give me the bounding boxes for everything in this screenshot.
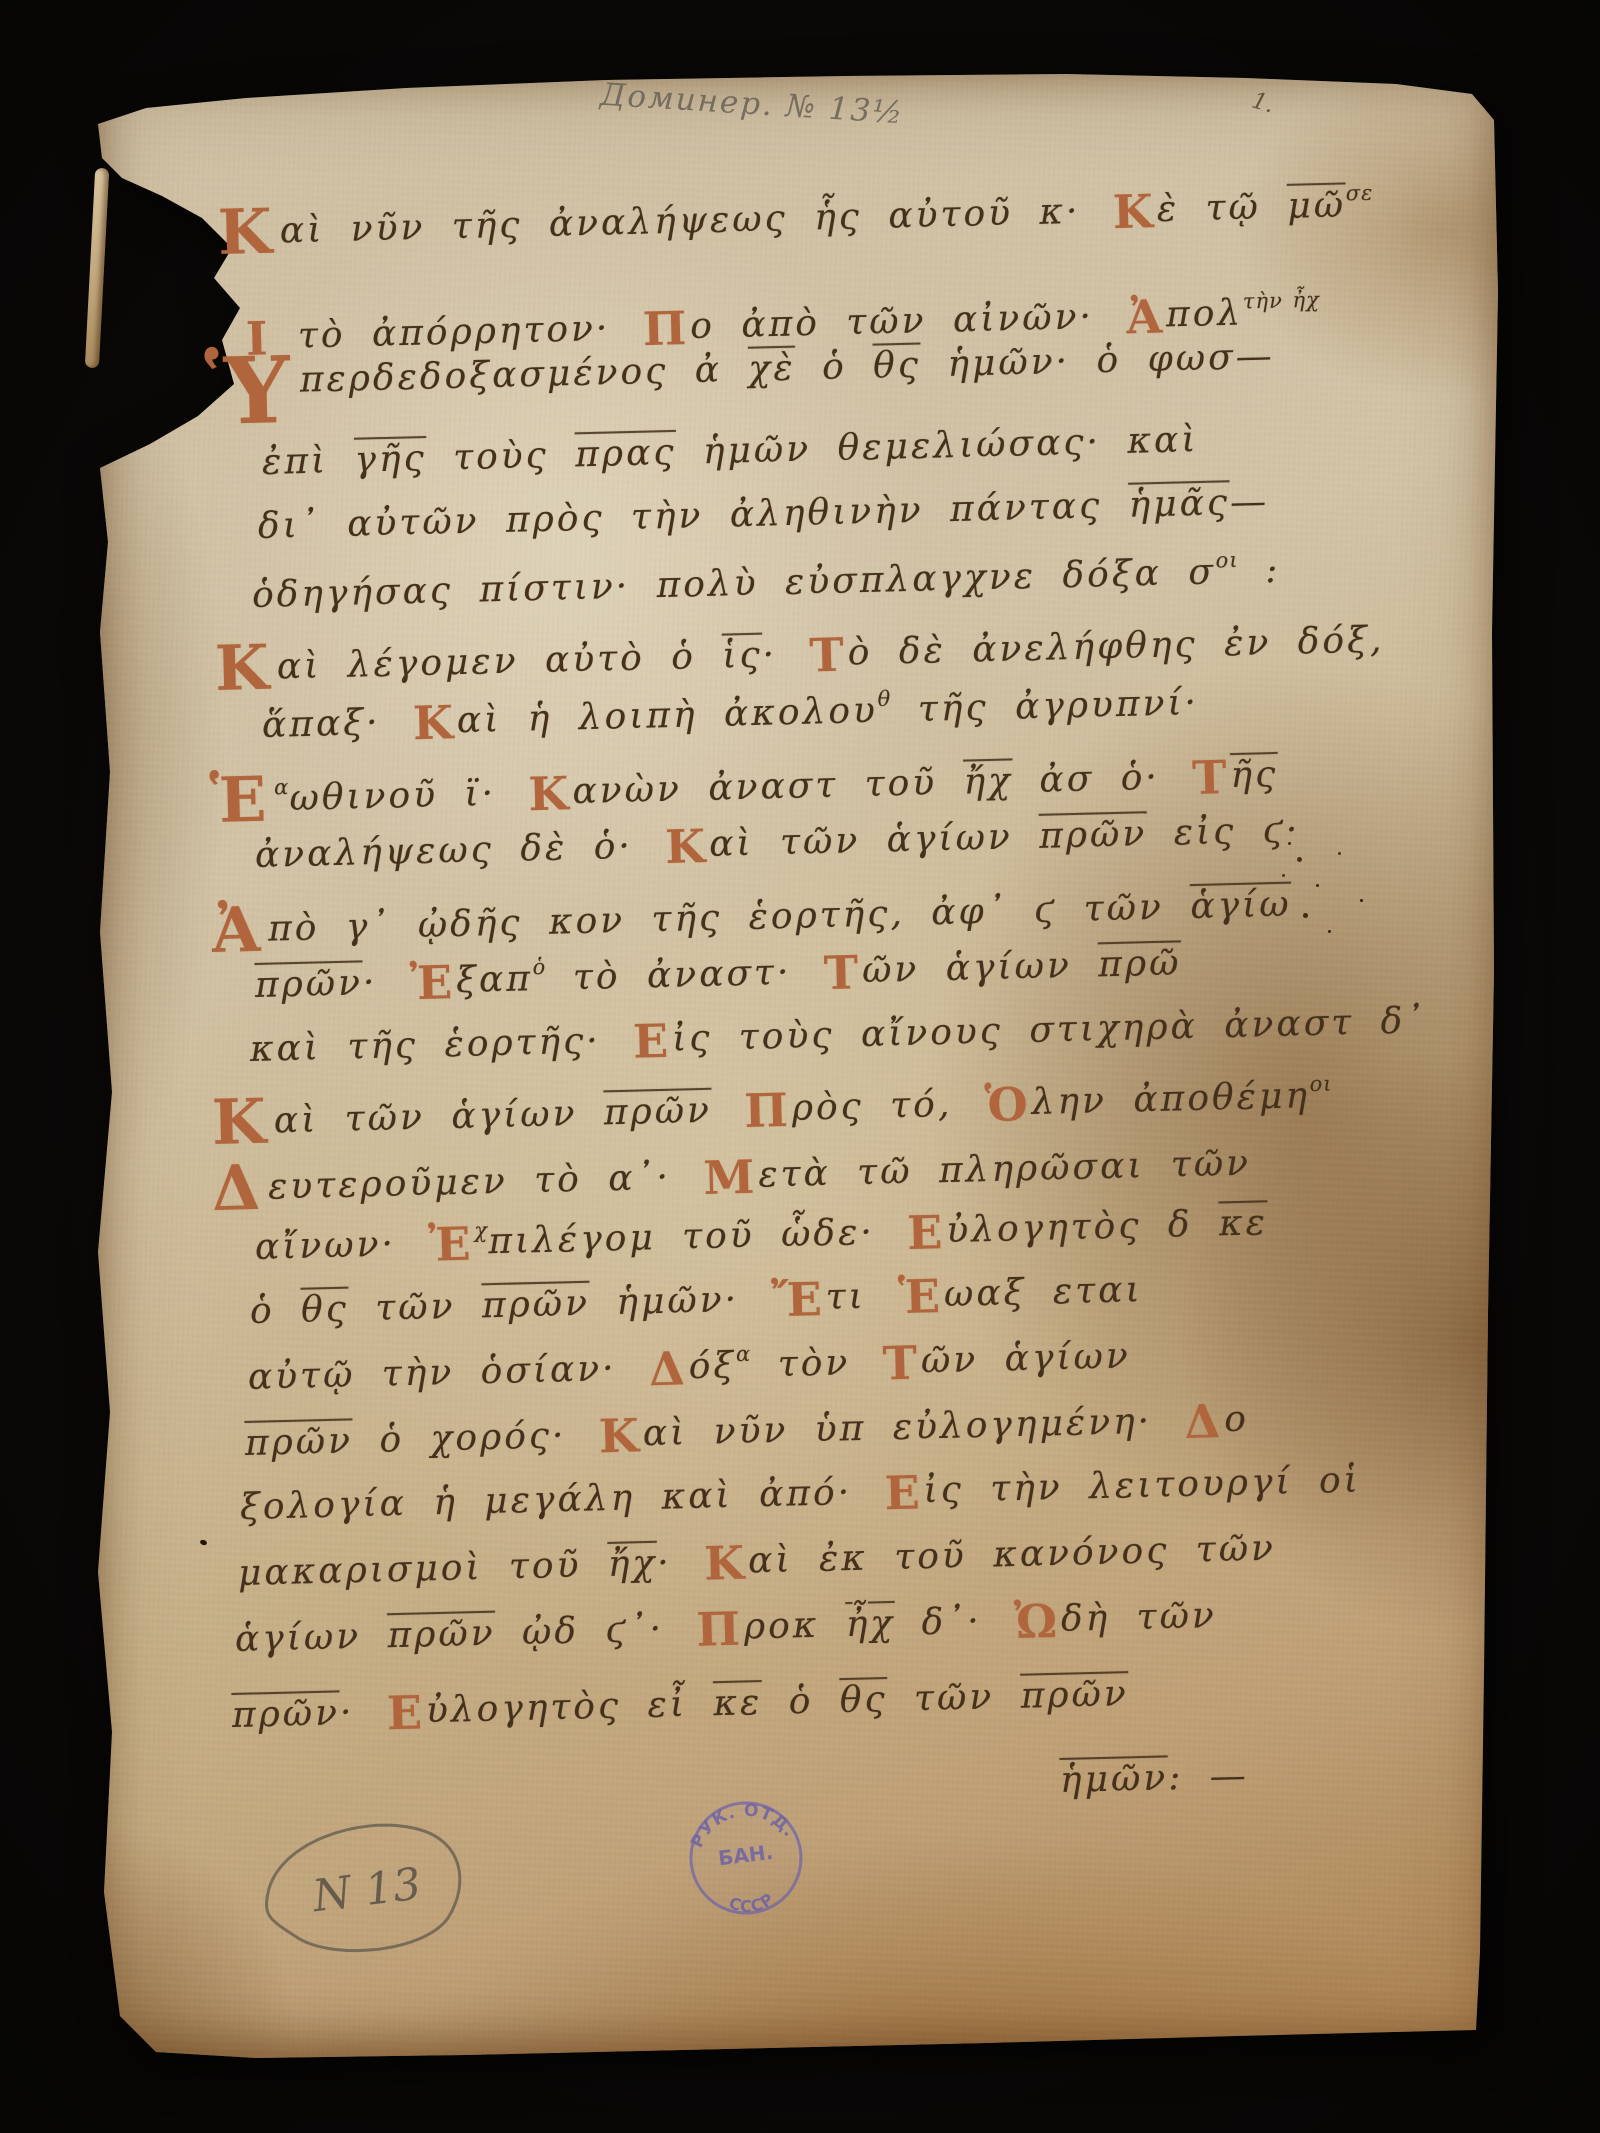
text-segment: ἡμῶν· [589,1278,765,1323]
text-segment: μακαρισμοὶ τοῦ [237,1544,608,1594]
text-line: ἐπὶ γῆς τοὺς πρας ἡμῶν θεμελιώσας· καὶ [261,419,1198,483]
text-segment: αὶ τῶν ἁγίων [709,816,1040,865]
text-segment: ὐλογητὸς εἶ [425,1683,713,1731]
rubric-initial: Π [696,1602,741,1657]
text-segment: ανὼν ἀναστ τοῦ [572,762,964,813]
text-segment: θ [877,687,891,711]
text-segment: πολ [1166,292,1244,335]
text-segment: ρὸς τό, [791,1083,979,1129]
text-segment: αὶ ἡ λοιπὴ ἀκολου [456,690,878,741]
text-segment: ὁδηγήσας πίστιν· πολὺ εὐσπλαγχνε δόξα σ [252,551,1217,616]
text-segment: ἰς τοὺς αἴνους στιχηρὰ ἀναστ δ᾽ [672,1000,1427,1059]
text-segment: θς [839,1679,888,1721]
text-segment: ἤχ [607,1543,657,1585]
text-segment: ωαξ εται [943,1269,1143,1315]
rubric-initial: Τ [823,945,859,1000]
text-segment: ξολογία ἡ μεγάλη καὶ ἀπό· [239,1471,879,1528]
text-segment: αἴνων· [254,1223,422,1268]
text-segment: ἀσ ὁ· [1012,756,1186,801]
text-segment: ἀναλήψεως δὲ ὁ· [254,825,659,876]
text-segment: ῶν ἁγίων [862,944,1099,991]
text-segment: πρῶν [244,1420,353,1464]
text-segment: αὶ τῶν ἁγίων [273,1092,604,1141]
text-segment: πρῶ [1098,942,1182,985]
text-segment: τὸ ἀπόρρητον· [271,307,637,357]
rubric-initial: Ἐ [428,1217,472,1272]
library-stamp: РУК. ОТД. БАН. СССР [668,1780,824,1936]
text-segment: τῶν [348,1285,482,1329]
rubric-initial: Ε [632,1014,668,1069]
rubric-initial: Ὠ [1014,1594,1058,1649]
text-segment: κε [713,1682,763,1724]
rubric-initial: Π [642,301,687,356]
text-segment: ἡμῶν [1059,1757,1168,1801]
text-segment: καὶ τῆς ἑορτῆς· [249,1020,627,1070]
rubric-initial: Ὁ [984,1077,1028,1132]
text-segment: ἁγίω [1190,884,1292,927]
text-segment: πρῶν [1039,813,1148,857]
rubric-initial: Κ [412,695,453,750]
text-segment: οι [1309,1072,1332,1097]
ink-specks [1288,842,1291,845]
text-segment: ὁ [249,1290,301,1332]
manuscript-photo: Καὶ νῦν τῆς ἀναλήψεως ἧς αὐτοῦ κ· Κὲ τῷ … [0,0,1600,2133]
rubric-initial: Τ [882,1336,918,1391]
text-segment: ἦχ [845,1603,895,1645]
text-segment: όξ [688,1345,737,1387]
rubric-initial: Ἀ [1126,289,1163,344]
rubric-initial: Ἔ [771,1272,823,1327]
text-segment: ο [1224,1398,1250,1440]
text-line: ἁγίων πρῶν ᾠδ ϛ᾽· Προκ ἦχ δ᾽· Ὠδὴ τῶν [234,1590,1217,1668]
rubric-initial: Ἐ [409,955,453,1010]
rubric-initial: Κ [598,1408,639,1463]
text-segment: ευτεροῦμεν τὸ α᾽· [268,1156,698,1207]
text-segment: μῶ [1287,184,1347,226]
text-segment: θς [301,1289,350,1331]
text-segment: ἡμῶν· ὁ φωσ— [920,336,1275,386]
rubric-initial: Κ [1112,184,1153,239]
text-segment: πρῶν [231,1692,340,1736]
rubric-initial: Τ [809,628,845,683]
text-segment: πρας [575,432,677,475]
text-segment: · [363,961,405,1003]
text-segment: τὸ ἀναστ· [546,951,818,999]
text-segment: πρῶν [387,1613,496,1657]
text-segment: ᾠδ ϛ᾽· [495,1608,691,1654]
text-segment: χὲ [748,348,796,390]
text-segment: ἤχ [963,760,1013,802]
text-segment: αὶ νῦν τῆς ἀναλήψεως ἧς αὐτοῦ κ· [279,190,1107,251]
text-segment: ετὰ τῶ πληρῶσαι τῶν [758,1143,1252,1196]
text-segment: δὴ τῶν [1060,1595,1217,1640]
text-segment: · [762,634,804,676]
text-line: δι᾽ αὐτῶν πρὸς τὴν ἀληθινὴν πάντας ἡμᾶς— [257,481,1269,547]
rubric-initial: Ἀ [211,893,261,967]
circled-shelfmark: N 13 [238,1798,478,1968]
text-segment: ἁγίων [234,1615,388,1660]
text-segment: · [657,1542,699,1584]
text-segment: : — [1168,1755,1250,1798]
text-segment: αὶ νῦν ὑπ εὐλογημένη· [642,1400,1179,1454]
text-line: ὁ θς τῶν πρῶν ἡμῶν· Ἔτι Ἑωαξ εται [249,1264,1143,1340]
text-line: ἡμῶν: — [1059,1755,1249,1801]
text-segment: ὸ δὲ ἀνελήφθης ἐν δόξ, [847,619,1385,673]
text-line: πρῶν· Εὐλογητὸς εἶ κε ὁ θς τῶν πρῶν [231,1668,1129,1744]
text-segment: αὶ λέγομεν αὐτὸ ὁ [276,636,722,688]
text-segment: α [274,775,290,799]
rubric-initial: Ἑ [209,763,267,837]
text-segment: ἰς τὴν λειτουργί οἱ [923,1460,1361,1512]
text-segment: αὐτῷ τὴν ὁσίαν· [247,1347,643,1398]
text-segment: αὶ ἐκ τοῦ κανόνος τῶν [748,1528,1277,1582]
rubric-initial: Κ [217,195,273,269]
text-segment: — [1230,481,1270,523]
text-segment: ἡμᾶς [1128,482,1230,525]
text-segment: : [1238,550,1281,592]
text-segment: δι᾽ αὐτῶν πρὸς τὴν ἀληθινὴν πάντας [257,485,1129,547]
text-segment: πιλέγομ τοῦ ὧδε· [488,1211,902,1262]
text-segment: ῆς [1230,754,1279,796]
rubric-initial: Ε [386,1685,422,1740]
rubric-initial: Ε [907,1205,943,1260]
text-segment: ὐλογητὸς δ [946,1203,1220,1251]
text-segment: ῶν ἁγίων [920,1335,1131,1381]
text-segment: τι [825,1275,892,1318]
rubric-initial: Μ [703,1150,755,1205]
text-segment: ὁ χορός· [353,1415,594,1462]
text-segment [711,1089,738,1131]
rubric-initial: Π [744,1083,789,1138]
text-segment: ξαπ [456,958,534,1001]
rubric-initial: Δ [1184,1394,1221,1449]
rubric-initial: Κ [528,766,569,821]
text-segment: τῶν [887,1676,1021,1720]
text-line: αὐτῷ τὴν ὁσίαν· Δόξα τὸν Τῶν ἁγίων [247,1330,1131,1406]
text-segment: πρῶν [1020,1673,1129,1717]
text-line: ὁδηγήσας πίστιν· πολὺ εὐσπλαγχνε δόξα σο… [251,547,1280,616]
text-segment: τὴν ἦχ [1243,288,1321,314]
text-segment: · [340,1691,382,1733]
text-segment: θς [873,345,922,387]
rubric-initial: Κ [214,631,270,705]
text-segment: α [736,1342,752,1366]
text-segment: χ [474,1218,488,1242]
text-segment: εἰς ϛ· [1147,809,1301,854]
text-segment: ὁ [762,1680,841,1723]
text-segment: κε [1219,1202,1269,1244]
text-line: Καὶ νῦν τῆς ἀναλήψεως ἧς αὐτοῦ κ· Κὲ τῷ … [217,168,1374,269]
text-segment: σε [1345,181,1373,206]
circled-shelfmark-text: N 13 [309,1858,424,1922]
text-segment: ἡμῶν θεμελιώσας· καὶ [676,419,1199,473]
rubric-initial: Κ [665,819,706,874]
rubric-initial: Δ [211,1151,261,1225]
text-segment: πρῶν [254,962,363,1006]
rubric-initial: Δ [648,1341,685,1396]
text-segment: ὁ [795,346,874,389]
text-segment: τοὺς [426,434,575,479]
text-segment: ἅπαξ· [261,701,407,746]
text-segment: γῆς [354,438,427,481]
text-segment: ὲ τῷ [1156,186,1287,230]
rubric-initial: Τ [1192,750,1228,805]
text-segment: τῆς ἀγρυπνί· [891,682,1199,731]
text-segment: πρῶν [481,1283,590,1327]
rubric-initial: Κ [211,1085,267,1159]
text-segment: ὁ [532,955,546,979]
text-segment: πρῶν [603,1090,712,1134]
rubric-initial: Ὑ [204,336,291,446]
text-segment: ωθινοῦ ϊ· [289,772,523,819]
rubric-initial: Κ [704,1536,745,1591]
rubric-initial: Ἑ [898,1269,941,1324]
text-segment: ο ἀπὸ τῶν αἰνῶν· [690,295,1121,346]
text-segment: ἐπὶ [261,440,355,483]
text-line: μακαρισμοὶ τοῦ ἤχ· Καὶ ἐκ τοῦ κανόνος τῶ… [237,1523,1276,1602]
text-segment: τὸν [751,1342,877,1386]
text-segment: ροκ [743,1604,846,1647]
text-segment: λην ἀποθέμη [1031,1075,1310,1123]
text-segment: ἱς [722,635,763,677]
text-segment: οι [1215,548,1238,573]
rubric-initial: Ε [884,1465,920,1520]
text-segment: δ᾽· [895,1600,1009,1644]
